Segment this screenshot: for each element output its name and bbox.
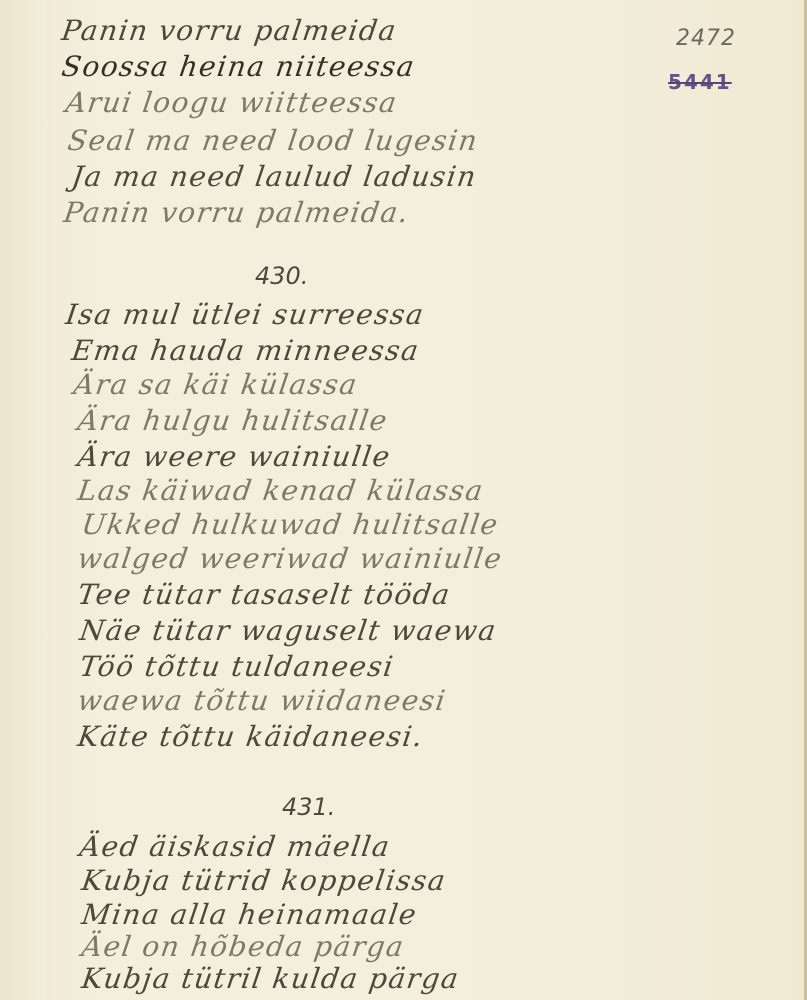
verse-line: Seal ma need lood lugesin xyxy=(66,124,481,157)
song-number: 430. xyxy=(255,262,308,290)
verse-line: Isa mul ütlei surreessa xyxy=(64,298,427,331)
catalog-number: 2472 xyxy=(676,26,736,51)
verse-line: Kubja tütrid koppelissa xyxy=(80,864,449,897)
verse-line: Arui loogu wiitteessa xyxy=(64,86,400,119)
verse-line: Ära hulgu hulitsalle xyxy=(76,404,390,437)
verse-line: Las käiwad kenad külassa xyxy=(76,474,486,507)
verse-line: waewa tõttu wiidaneesi xyxy=(76,684,449,717)
catalog-number-crossed-out: 5441 xyxy=(668,70,732,94)
verse-line: Ja ma need laulud ladusin xyxy=(70,160,480,193)
verse-line: Soossa heina niiteessa xyxy=(60,50,418,83)
verse-line: Ära sa käi külassa xyxy=(72,368,360,401)
verse-line: Ema hauda minneessa xyxy=(70,334,422,367)
verse-line: Äed äiskasid mäella xyxy=(78,830,393,863)
verse-line: Äel on hõbeda pärga xyxy=(80,930,407,963)
verse-line: Kubja tütril kulda pärga xyxy=(80,962,462,995)
song-number: 431. xyxy=(282,793,335,821)
verse-line: Näe tütar waguselt waewa xyxy=(78,614,499,647)
verse-line: Panin vorru palmeida xyxy=(60,14,399,47)
verse-line: Töö tõttu tuldaneesi xyxy=(78,650,397,683)
verse-line: Ukked hulkuwad hulitsalle xyxy=(80,508,501,541)
verse-line: Panin vorru palmeida. xyxy=(62,196,412,229)
verse-line: Mina alla heinamaale xyxy=(80,898,420,931)
verse-line: Käte tõttu käidaneesi. xyxy=(76,720,426,753)
verse-line: Tee tütar tasaselt tööda xyxy=(76,578,453,611)
verse-line: walged weeriwad wainiulle xyxy=(76,542,505,575)
page-fold-shadow xyxy=(38,0,41,1000)
manuscript-page: 2472 5441 Panin vorru palmeida Soossa he… xyxy=(0,0,807,1000)
verse-line: Ära weere wainiulle xyxy=(76,440,393,473)
